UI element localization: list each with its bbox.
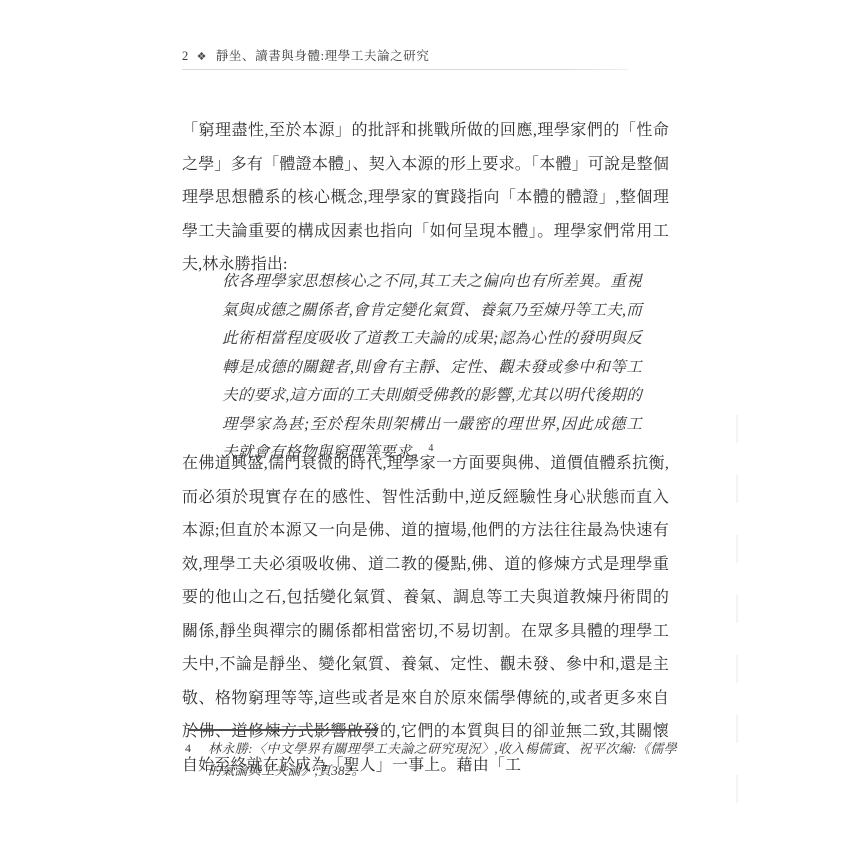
diamond-ornament-icon: ❖ (197, 51, 207, 63)
page-number: 2 (182, 49, 189, 63)
block-quote: 依各理學家思想核心之不同,其工夫之偏向也有所差異。重視氣與成德之關係者,會肯定變… (222, 268, 642, 468)
body-paragraph-1: 「窮理盡性,至於本源」的批評和挑戰所做的回應,理學家們的「性命之學」多有「體證本… (182, 114, 669, 282)
scan-edge-artifact (736, 415, 738, 805)
running-header: 2 ❖ 靜坐、讀書與身體:理學工夫論之研究 (182, 46, 669, 64)
header-divider (182, 69, 628, 70)
footnote: 4 林永勝:〈中文學界有關理學工夫論之研究現況〉,收入楊儒賓、祝平次編:《儒學的… (185, 738, 677, 781)
footnote-marker: 4 (185, 738, 191, 760)
footnote-text: 林永勝:〈中文學界有關理學工夫論之研究現況〉,收入楊儒賓、祝平次編:《儒學的氣論… (208, 738, 677, 781)
book-page: 2 ❖ 靜坐、讀書與身體:理學工夫論之研究 「窮理盡性,至於本源」的批評和挑戰所… (0, 0, 850, 850)
body-paragraph-2: 在佛道興盛,儒門衰微的時代,理學家一方面要與佛、道價值體系抗衡,而必須於現實存在… (182, 447, 669, 782)
footnote-divider (188, 729, 378, 731)
running-title: 靜坐、讀書與身體:理學工夫論之研究 (216, 49, 430, 63)
block-quote-text: 依各理學家思想核心之不同,其工夫之偏向也有所差異。重視氣與成德之關係者,會肯定變… (222, 273, 642, 461)
